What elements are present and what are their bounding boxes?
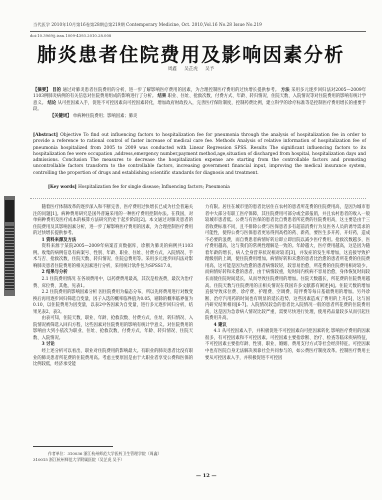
section-2-3: 由表可知，住院天数、职业、年龄、抢救次数、付费方式、住址、转归情况、入院情况被筛… [33, 316, 193, 342]
right-column: 力有限。居住在城市里的患者比居住在农村的患者所花费的住院费用高，是因为城市患者中… [205, 205, 370, 362]
keywords-cn: 【关键词】 单病种住院费用；影响因素；肺炎 [50, 114, 137, 120]
section-1-text: 资料来源于某院2005—2009年病案首页数据库，诊断为肺炎的病例共1103例。… [33, 244, 193, 270]
left-column: 随着医疗体制改革的逐步深入和不断完善，医疗费用过快增长已成为社会普遍关注的问题[… [33, 205, 193, 369]
conclusion-text: 从可控因素入手，促进不可控因素向可控因素转化，增加政府财政投入，完善医疗保险制度… [33, 101, 366, 112]
methods-label: 方法 [281, 88, 290, 93]
side-strip-label-block [5, 200, 14, 222]
keywords-en: [Key words] Hospitalization fee for sing… [48, 185, 230, 191]
authors: 周鑫 吴芷虎 吴予 [0, 66, 382, 72]
section-divider [30, 198, 366, 199]
discussion-continued: 力有限。居住在城市里的患者比居住在农村的患者所花费的住院费用高，是因为城市患者中… [205, 205, 370, 323]
abstract-en: [Abstract] Objective To find out influen… [33, 133, 366, 177]
objective-text: 通过对肺炎患者住院费用的分析，进一步了解影响医疗费用的因素，为合理控制医疗费用的… [63, 88, 280, 93]
article-title: 肺炎患者住院费用及影响因素分析 [0, 40, 382, 67]
page-number: — 12 — [196, 473, 216, 479]
section-2-1: 2.1 住院费用情况 在各项费用中，以药费费用最高，其次是检查费，最次为治疗费、… [33, 277, 193, 290]
abstract-cn: 【摘要】 目的 通过对肺炎患者住院费用的分析，进一步了解影响医疗费用的因素，为合… [33, 88, 366, 114]
section-2-2: 2.2 住院费用的影响因素分析 因住院费用为偏态分布，所以先将费用进行对数变换后… [33, 290, 193, 316]
abstract-en-text: Objective To find out influencing factor… [33, 133, 366, 176]
affiliation-line-2: 310015 浙江杭州师范大学附属医院（吴芷虎 吴予） [33, 457, 198, 463]
keywords-en-text: Hospitalization fee for single disease; … [78, 185, 230, 190]
objective-label: 目的 [52, 88, 61, 93]
side-strip-text [5, 226, 14, 290]
header-rule [30, 31, 366, 32]
keywords-cn-label: 【关键词】 [50, 114, 71, 119]
journal-header: 当代医学 2010年10月第16卷第28期总第219期 Contemporary… [33, 22, 262, 28]
conclusion-label: 结论 [47, 101, 56, 106]
keywords-en-label: [Key words] [48, 185, 77, 190]
side-strip [4, 196, 15, 296]
abstract-en-label: [Abstract] [33, 133, 58, 138]
keywords-cn-text: 单病种住院费用；影响因素；肺炎 [73, 114, 137, 119]
intro-paragraph: 随着医疗体制改革的逐步深入和不断完善，医疗费用过快增长已成为社会普遍关注的问题[… [33, 205, 193, 238]
section-4-1: 4.1 从可控因素入手，并积极促进不可控因素向可控因素转化 影响医疗费用的因素很… [205, 329, 370, 362]
abstract-label: 【摘要】 [33, 88, 51, 93]
author-affiliation: 作者单位：310036 浙江杭州师范大学医药卫生管理学院（周鑫） 310015 … [33, 451, 198, 463]
doi: doi:10.3969/j.issn.1009-4393.2010.28.008 [30, 33, 111, 38]
results-label: 结果 [158, 94, 167, 99]
footnote-rule [33, 446, 113, 447]
section-3-text: 经上述分析可以看出，职业对住院费用的影响最大。有职业的肺炎患者比没有职业的肺炎患… [33, 349, 193, 369]
